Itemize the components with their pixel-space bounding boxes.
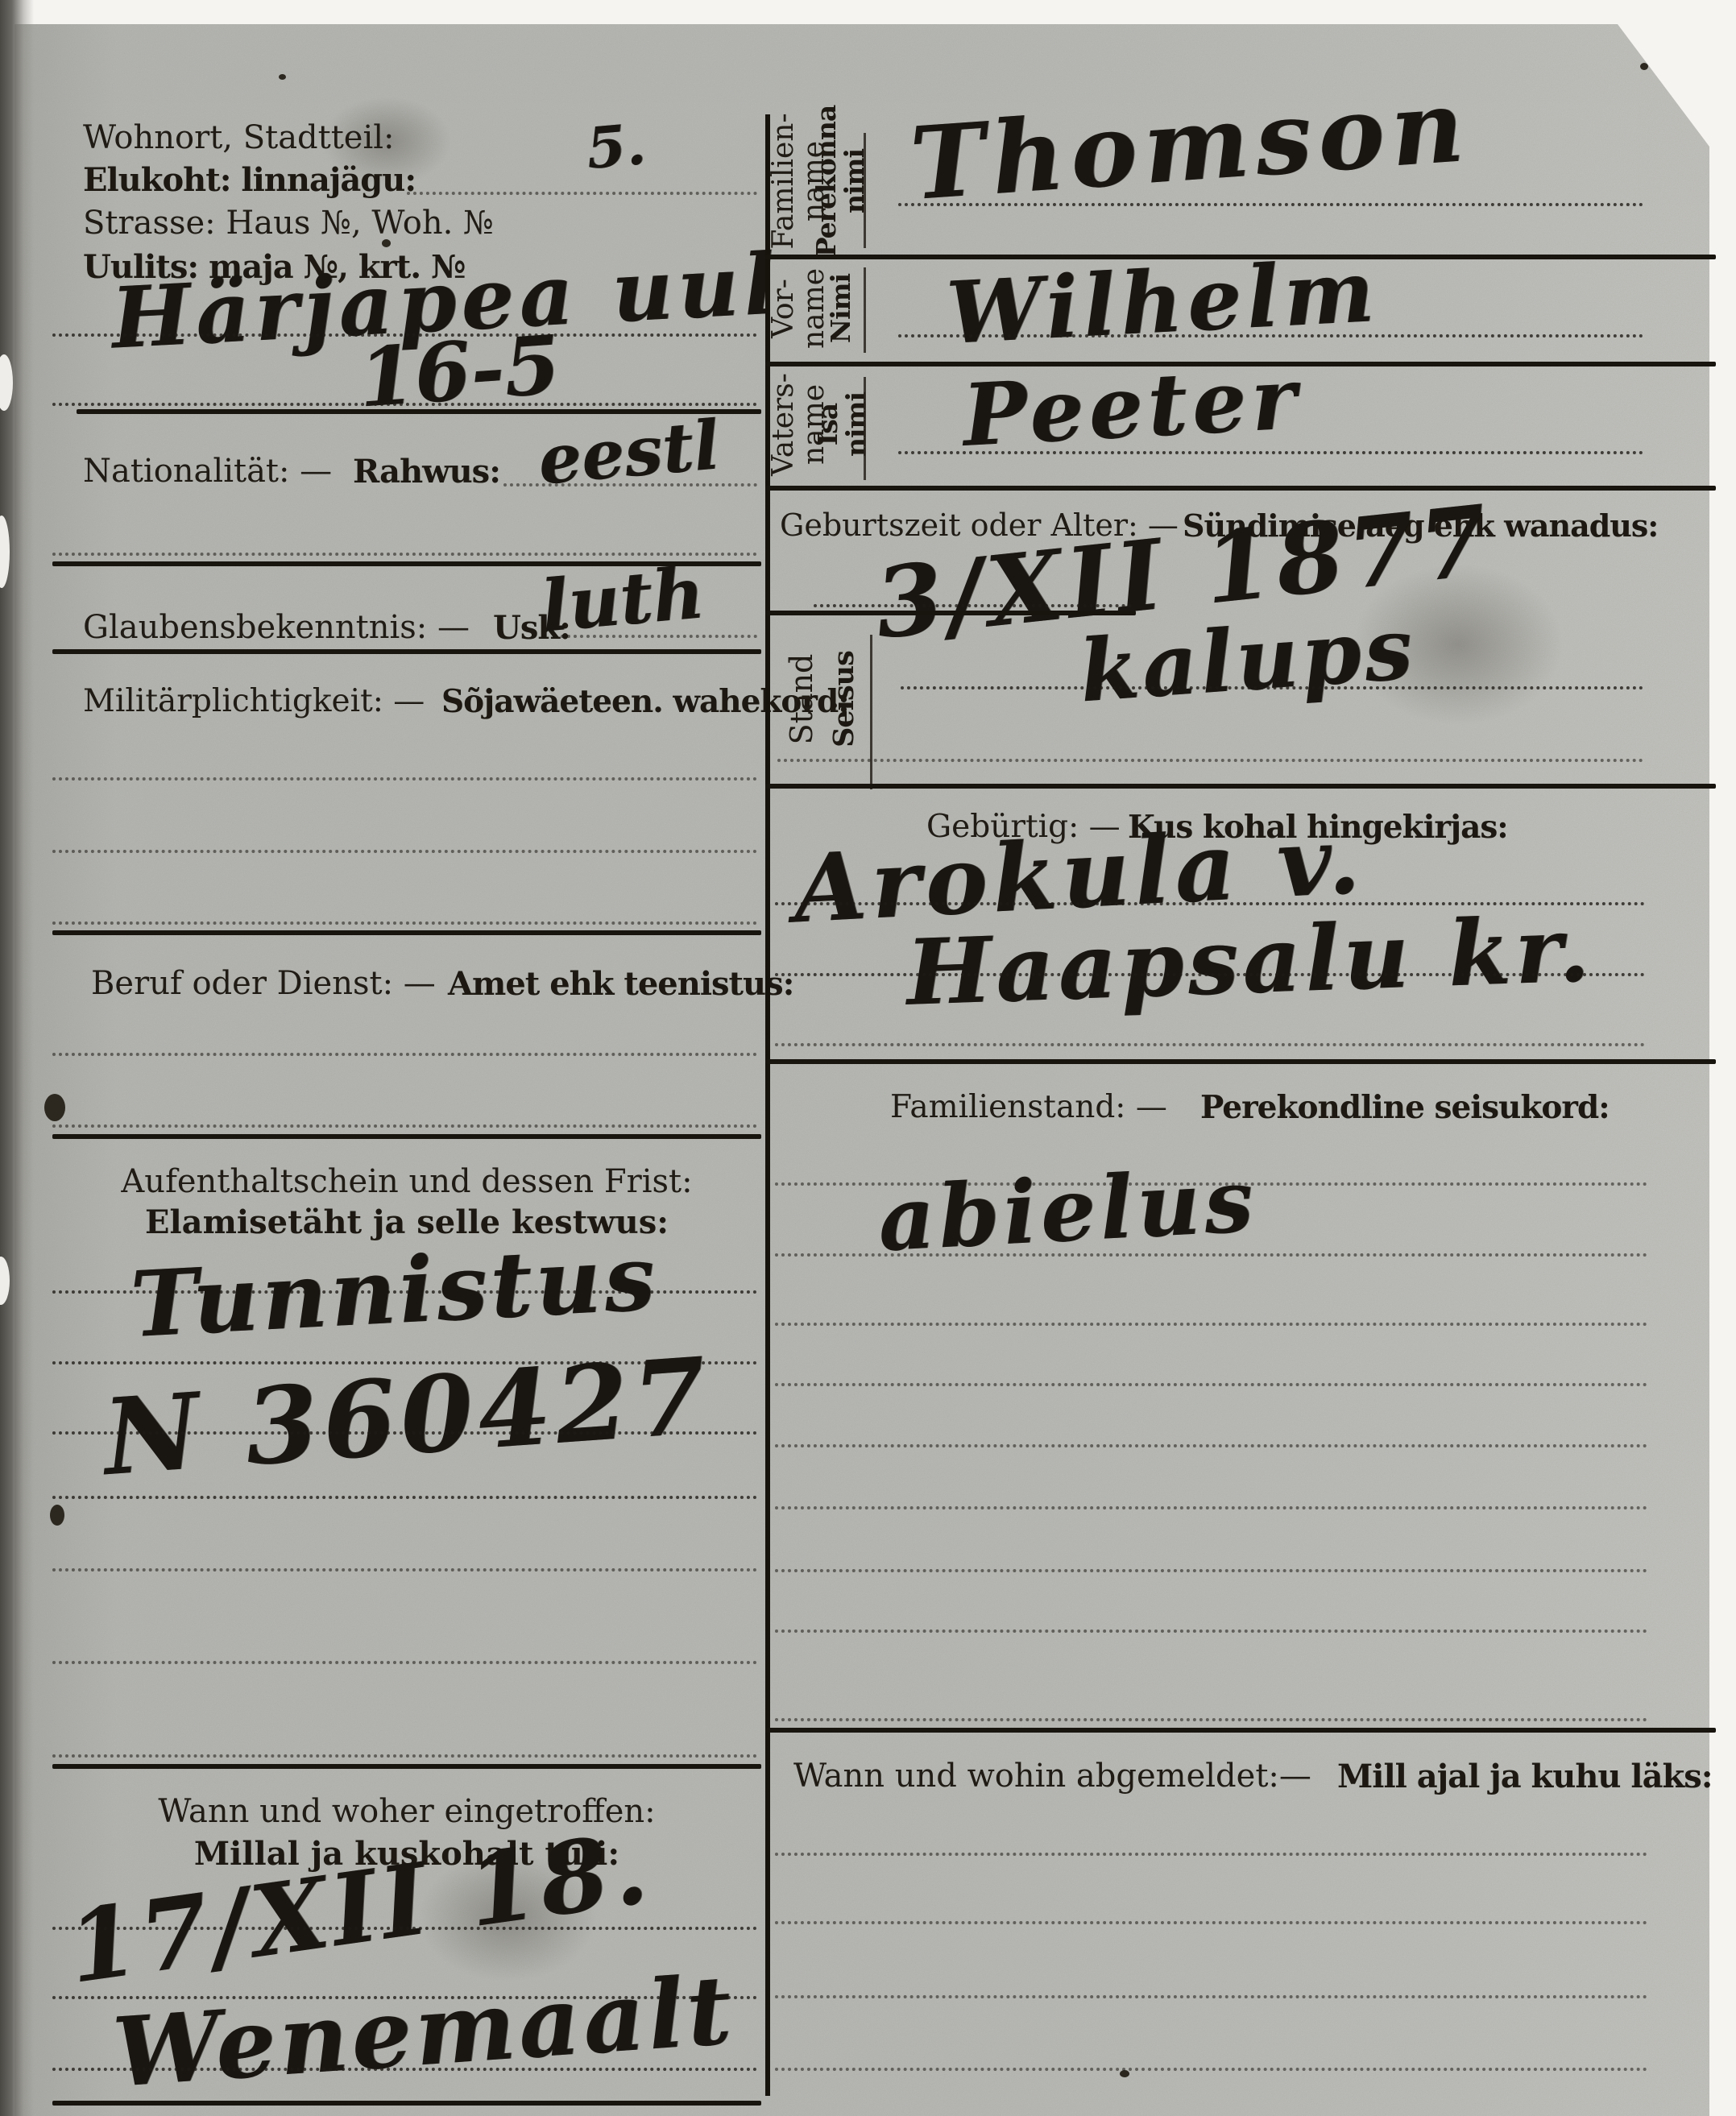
dotted-line <box>52 921 757 925</box>
ink-speck <box>50 1505 64 1526</box>
section-rule <box>52 1134 761 1139</box>
dotted-line <box>407 192 757 195</box>
label-amet-et: Amet ehk teenistus: <box>448 965 793 1003</box>
dotted-line <box>775 973 1645 976</box>
dotted-line <box>52 1053 757 1056</box>
label-elukoht-et: Elukoht: linnajägu: <box>83 161 416 199</box>
label-nationalitaet-de: Nationalität: — <box>83 453 332 490</box>
dotted-line <box>52 1568 757 1571</box>
label-militaerpflicht-de: Militärplichtigkeit: — <box>83 683 425 719</box>
label-strasse-de: Strasse: Haus №, Woh. № <box>83 205 494 242</box>
label-rahwus-et: Rahwus: <box>353 453 500 491</box>
section-rule <box>765 1728 1716 1733</box>
label-familienstand-de: Familienstand: — <box>890 1089 1167 1125</box>
section-rule <box>52 649 761 654</box>
label-kuhulaks-et: Mill ajal ja kuhu läks: <box>1337 1758 1713 1795</box>
dotted-line <box>52 1124 757 1128</box>
dotted-line <box>775 1921 1647 1924</box>
label-nimi-et: Nimi <box>821 260 861 357</box>
dotted-line <box>52 1431 757 1435</box>
label-wohnort-de: Wohnort, Stadtteil: <box>83 119 395 156</box>
section-rule <box>765 486 1716 491</box>
dotted-line <box>901 686 1643 689</box>
value-religion-handwritten: luth <box>538 550 707 648</box>
registration-card-scan: Wohnort, Stadtteil: Elukoht: linnajägu: … <box>0 0 1736 2116</box>
ink-speck <box>44 1094 65 1121</box>
dotted-line <box>898 203 1643 206</box>
dotted-line <box>775 1506 1647 1509</box>
dotted-line <box>52 403 757 406</box>
label-abgemeldet-de: Wann und wohin abgemeldet:— <box>793 1758 1311 1795</box>
label-aufenthaltschein-de: Aufenthaltschein und dessen Frist: <box>52 1163 761 1200</box>
section-rule <box>765 611 1136 615</box>
label-separator <box>870 635 872 789</box>
dotted-line <box>775 1383 1647 1386</box>
dotted-line <box>503 483 757 487</box>
dotted-line <box>52 1496 757 1499</box>
dotted-line <box>775 1995 1647 1998</box>
ink-speck <box>1640 63 1648 70</box>
dotted-line <box>775 1569 1647 1572</box>
label-perekonnanimi-et: Perekonna nimi <box>815 113 867 250</box>
value-district-handwritten: 5. <box>584 110 648 182</box>
dotted-line <box>52 2068 757 2071</box>
dotted-line <box>775 1629 1647 1633</box>
label-stand-de: Stand <box>782 623 822 776</box>
dotted-line <box>814 604 1132 607</box>
dotted-line <box>775 1043 1645 1046</box>
label-perekondline-et: Perekondline seisukord: <box>1200 1089 1610 1126</box>
label-separator <box>864 377 866 480</box>
section-rule <box>52 1764 761 1769</box>
dotted-line <box>52 1754 757 1758</box>
label-separator <box>864 267 866 353</box>
dotted-line <box>52 850 757 853</box>
dotted-line <box>775 1253 1647 1257</box>
ink-speck <box>1120 2070 1129 2077</box>
label-isanimi-et: Isa nimi <box>817 368 868 481</box>
dotted-line <box>52 777 757 781</box>
dotted-line <box>775 1323 1647 1326</box>
label-seisus-et: Seisus <box>826 623 863 776</box>
dotted-line <box>554 635 757 638</box>
label-beruf-de: Beruf oder Dienst: — <box>91 965 436 1002</box>
section-rule <box>52 2101 761 2106</box>
dotted-line <box>775 1444 1647 1447</box>
dotted-line <box>775 1853 1647 1856</box>
label-separator <box>864 133 866 248</box>
dotted-line <box>775 1718 1647 1721</box>
value-father-name-handwritten: Peeter <box>960 347 1303 466</box>
dotted-line <box>898 451 1643 454</box>
dotted-line <box>52 1661 757 1664</box>
ink-speck <box>279 74 286 80</box>
dotted-line <box>898 334 1643 337</box>
section-rule <box>765 1059 1716 1064</box>
torn-edge <box>0 0 34 2116</box>
dotted-line <box>777 759 1643 762</box>
dotted-line <box>775 2068 1647 2071</box>
label-eingetroffen-de: Wann und woher eingetroffen: <box>52 1793 761 1830</box>
section-rule <box>765 784 1716 789</box>
label-glaubensbekenntnis-de: Glaubensbekenntnis: — <box>83 609 470 646</box>
dotted-line <box>52 1927 757 1930</box>
section-rule <box>52 930 761 935</box>
